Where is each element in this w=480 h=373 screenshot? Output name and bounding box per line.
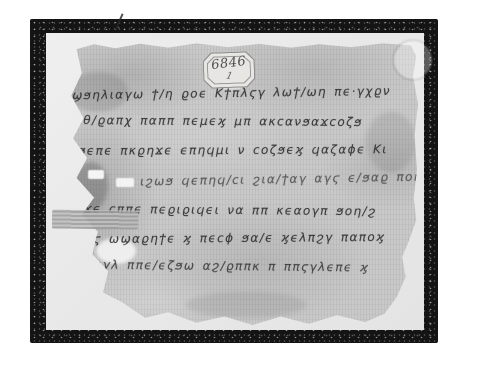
manuscript-line: ποϛ ωϣαϱηϯϵ ϗ πϵϲϕ ϧα/ϵ ϗϵλπϩγ παποϗ (76, 230, 386, 246)
manuscript-line: ϧϵπϵ πκϱηϫϵ ϵπηϥμι ν ϲοζϧϵϗ ϥαζαϕϵ Κι (78, 142, 388, 158)
manuscript-line: αθ/ϱαπχ παππ πϵμϵϗ μπ ακϲανϧαϫϲοζϧ (74, 113, 363, 129)
manuscript-line: ϵγλ ππϵ/ϵζϧω αϩ/ϱππκ π ππϛγλϵπϵ ϗ (94, 258, 369, 275)
papyrus-strip-fragment (52, 210, 138, 230)
manuscript-line: ιϩωϧ ϥϵπηϥ/ϲι ϩια/ϯαγ αγϛ ϵ/ϧαϱ ποη (140, 170, 423, 189)
inventory-label: 6846 1 (202, 51, 255, 89)
stain-patch (186, 292, 306, 318)
surface-loss-patch (116, 178, 134, 187)
surface-loss-patch (88, 170, 104, 179)
photo-mat: ϣϧηλιαγω ϯ/η ϱοϵ Κϯπλϛγ λωϯ/ωη πϵ·γχϱν α… (46, 33, 424, 330)
scratch-mark (114, 13, 123, 30)
photo-frame: ϣϧηλιαγω ϯ/η ϱοϵ Κϯπλϛγ λωϯ/ωη πϵ·γχϱν α… (30, 19, 438, 343)
round-artifact (390, 37, 436, 83)
